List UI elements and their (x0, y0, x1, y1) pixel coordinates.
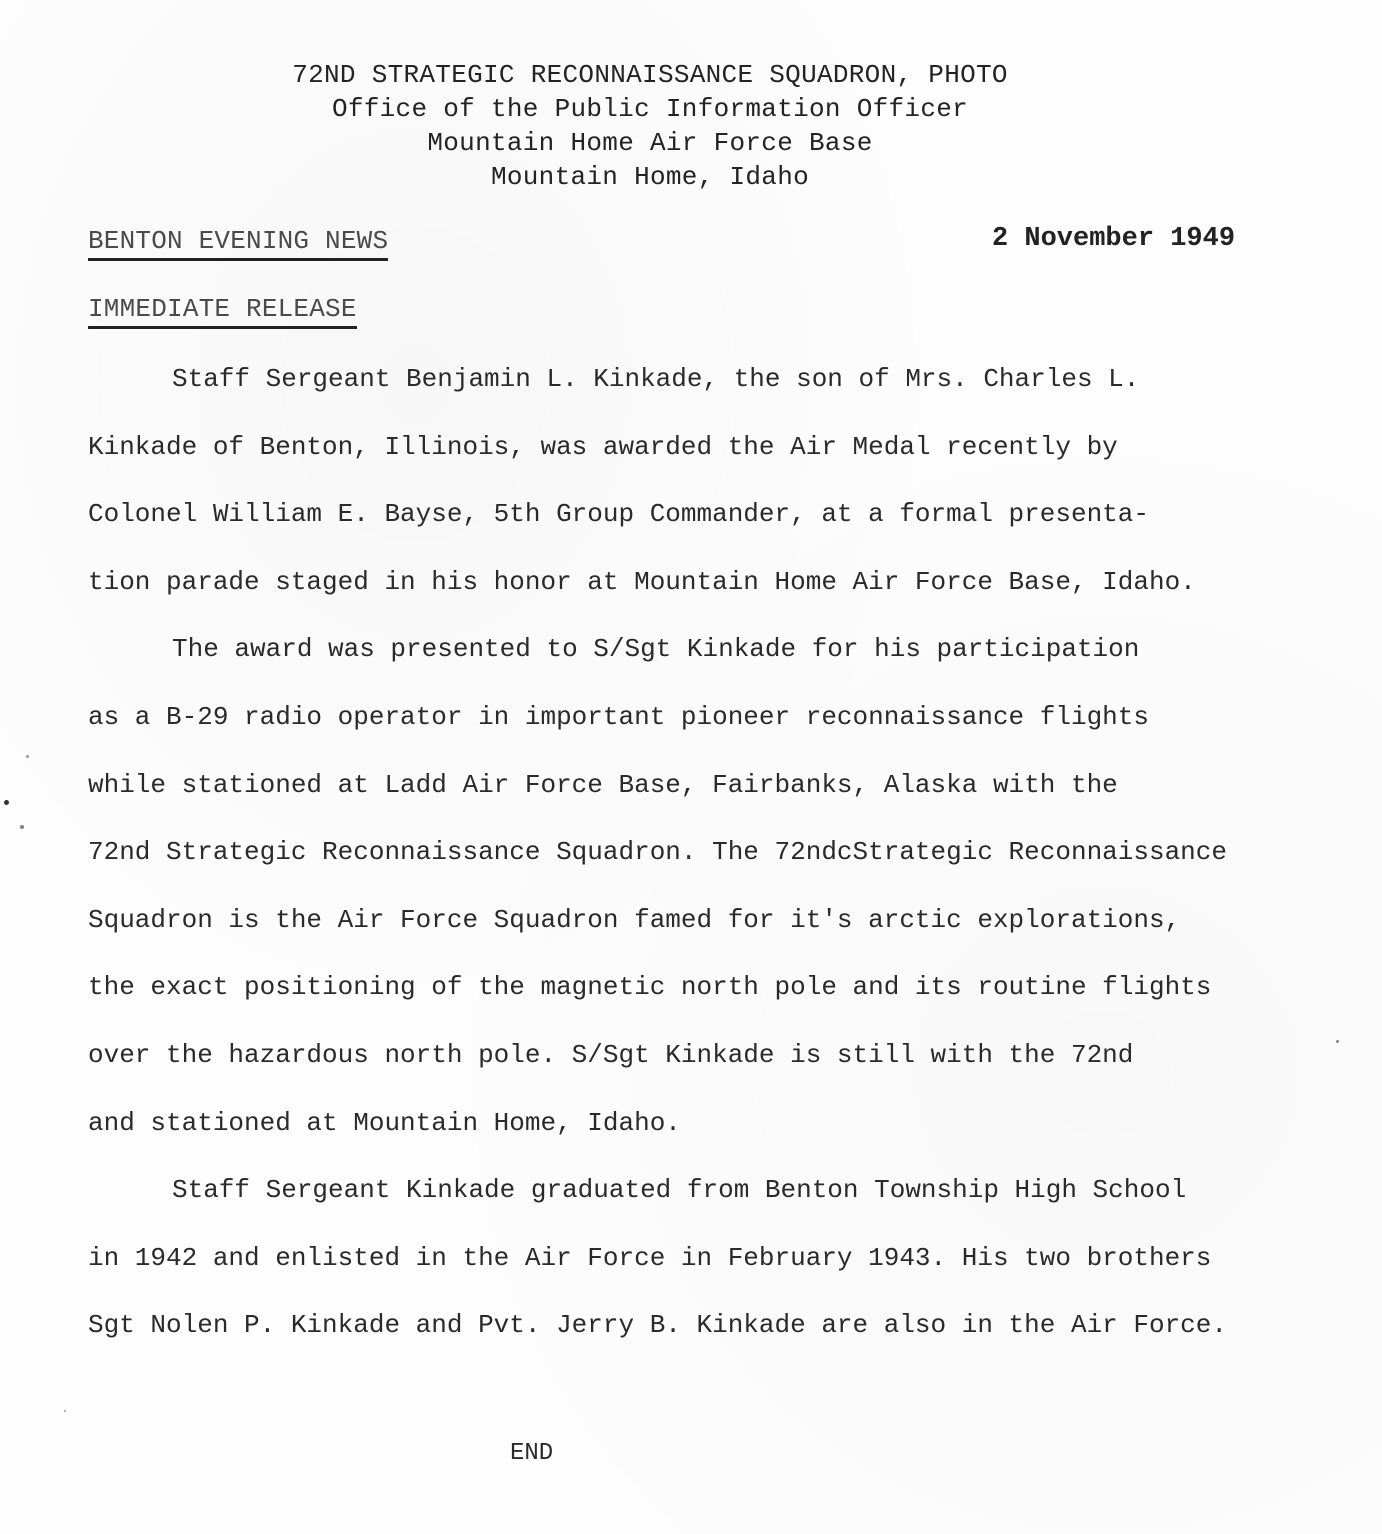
letterhead-office: Office of the Public Information Officer (0, 92, 1300, 126)
scan-speck (1336, 1040, 1339, 1043)
letterhead: 72ND STRATEGIC RECONNAISSANCE SQUADRON, … (0, 58, 1300, 194)
body-line: the exact positioning of the magnetic no… (88, 970, 1348, 1038)
letterhead-base: Mountain Home Air Force Base (0, 126, 1300, 160)
body-line: Staff Sergeant Benjamin L. Kinkade, the … (88, 362, 1348, 430)
body-line: tion parade staged in his honor at Mount… (88, 565, 1348, 633)
body-line: over the hazardous north pole. S/Sgt Kin… (88, 1038, 1348, 1106)
body-line: and stationed at Mountain Home, Idaho. (88, 1106, 1348, 1174)
scan-speck (4, 800, 9, 805)
body-line: as a B-29 radio operator in important pi… (88, 700, 1348, 768)
body-line: 72nd Strategic Reconnaissance Squadron. … (88, 835, 1348, 903)
body-line: Colonel William E. Bayse, 5th Group Comm… (88, 497, 1348, 565)
scan-speck (26, 755, 29, 758)
letterhead-location: Mountain Home, Idaho (0, 160, 1300, 194)
body-line: in 1942 and enlisted in the Air Force in… (88, 1241, 1348, 1309)
destination-newspaper: BENTON EVENING NEWS (88, 226, 388, 261)
release-date: 2 November 1949 (992, 224, 1235, 254)
body-line: Staff Sergeant Kinkade graduated from Be… (88, 1173, 1348, 1241)
body-line: Squadron is the Air Force Squadron famed… (88, 903, 1348, 971)
scan-speck (64, 1410, 66, 1412)
document-page: 72ND STRATEGIC RECONNAISSANCE SQUADRON, … (0, 0, 1382, 1534)
body-line: Sgt Nolen P. Kinkade and Pvt. Jerry B. K… (88, 1308, 1348, 1376)
scan-speck (20, 825, 24, 829)
press-release-body: Staff Sergeant Benjamin L. Kinkade, the … (88, 362, 1348, 1376)
body-line: The award was presented to S/Sgt Kinkade… (88, 632, 1348, 700)
body-line: while stationed at Ladd Air Force Base, … (88, 768, 1348, 836)
letterhead-squadron: 72ND STRATEGIC RECONNAISSANCE SQUADRON, … (0, 58, 1300, 92)
body-line: Kinkade of Benton, Illinois, was awarded… (88, 430, 1348, 498)
end-marker: END (510, 1440, 553, 1467)
release-status: IMMEDIATE RELEASE (88, 294, 357, 329)
